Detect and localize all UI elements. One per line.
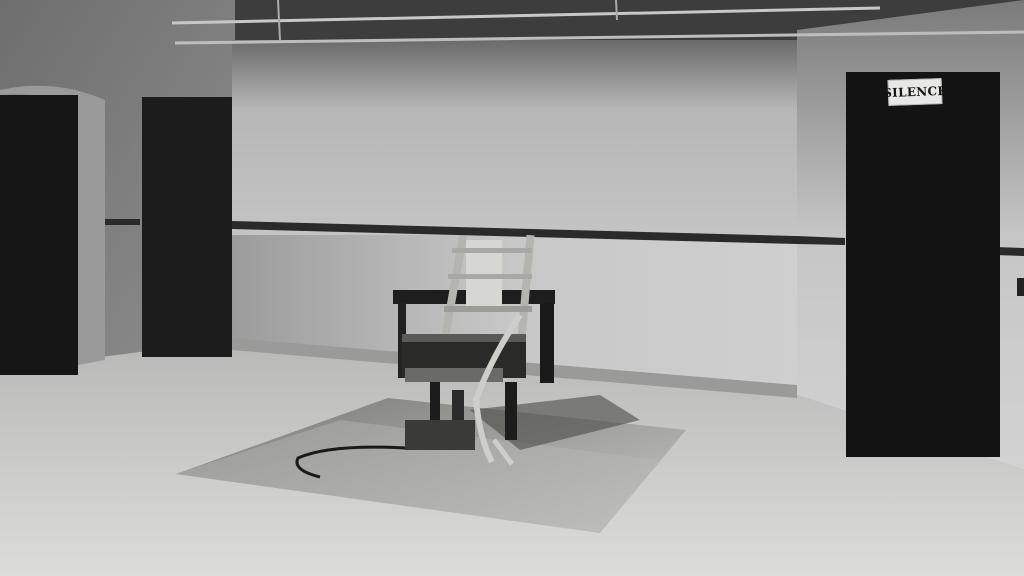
room-illustration xyxy=(0,0,1024,576)
right-door xyxy=(846,72,1000,457)
silence-sign: SILENCE xyxy=(888,78,943,106)
back-wall-upper xyxy=(232,40,797,235)
chair-footrest xyxy=(405,420,475,450)
center-left-doorway xyxy=(142,97,232,357)
photo-scene: SILENCE xyxy=(0,0,1024,576)
left-doorway xyxy=(0,95,78,375)
